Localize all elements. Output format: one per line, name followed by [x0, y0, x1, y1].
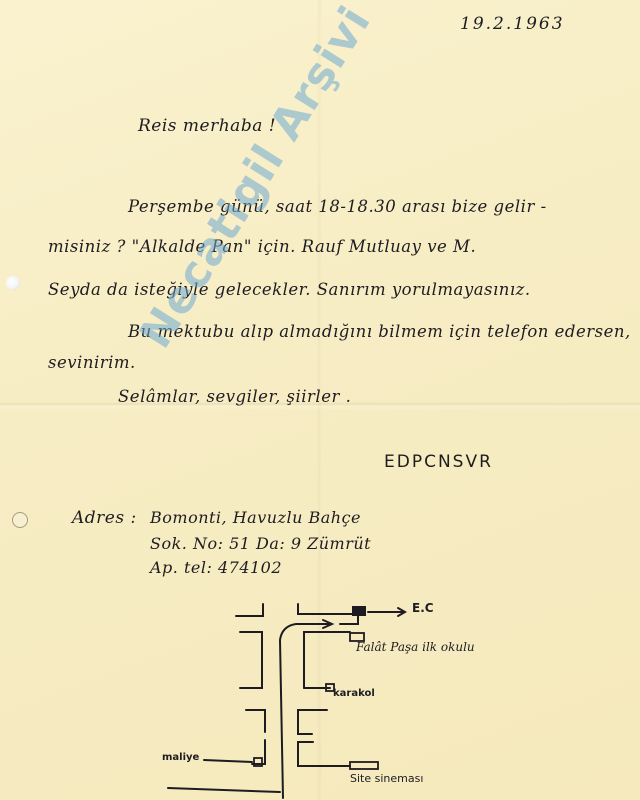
map-label-finance-office: maliye [162, 752, 199, 763]
map-label-police-station: karakol [333, 688, 375, 699]
map-label-cinema: Site sineması [350, 772, 423, 785]
map-label-school: Falât Paşa ilk okulu [356, 640, 475, 654]
map-label-ec: E.C [412, 601, 434, 615]
